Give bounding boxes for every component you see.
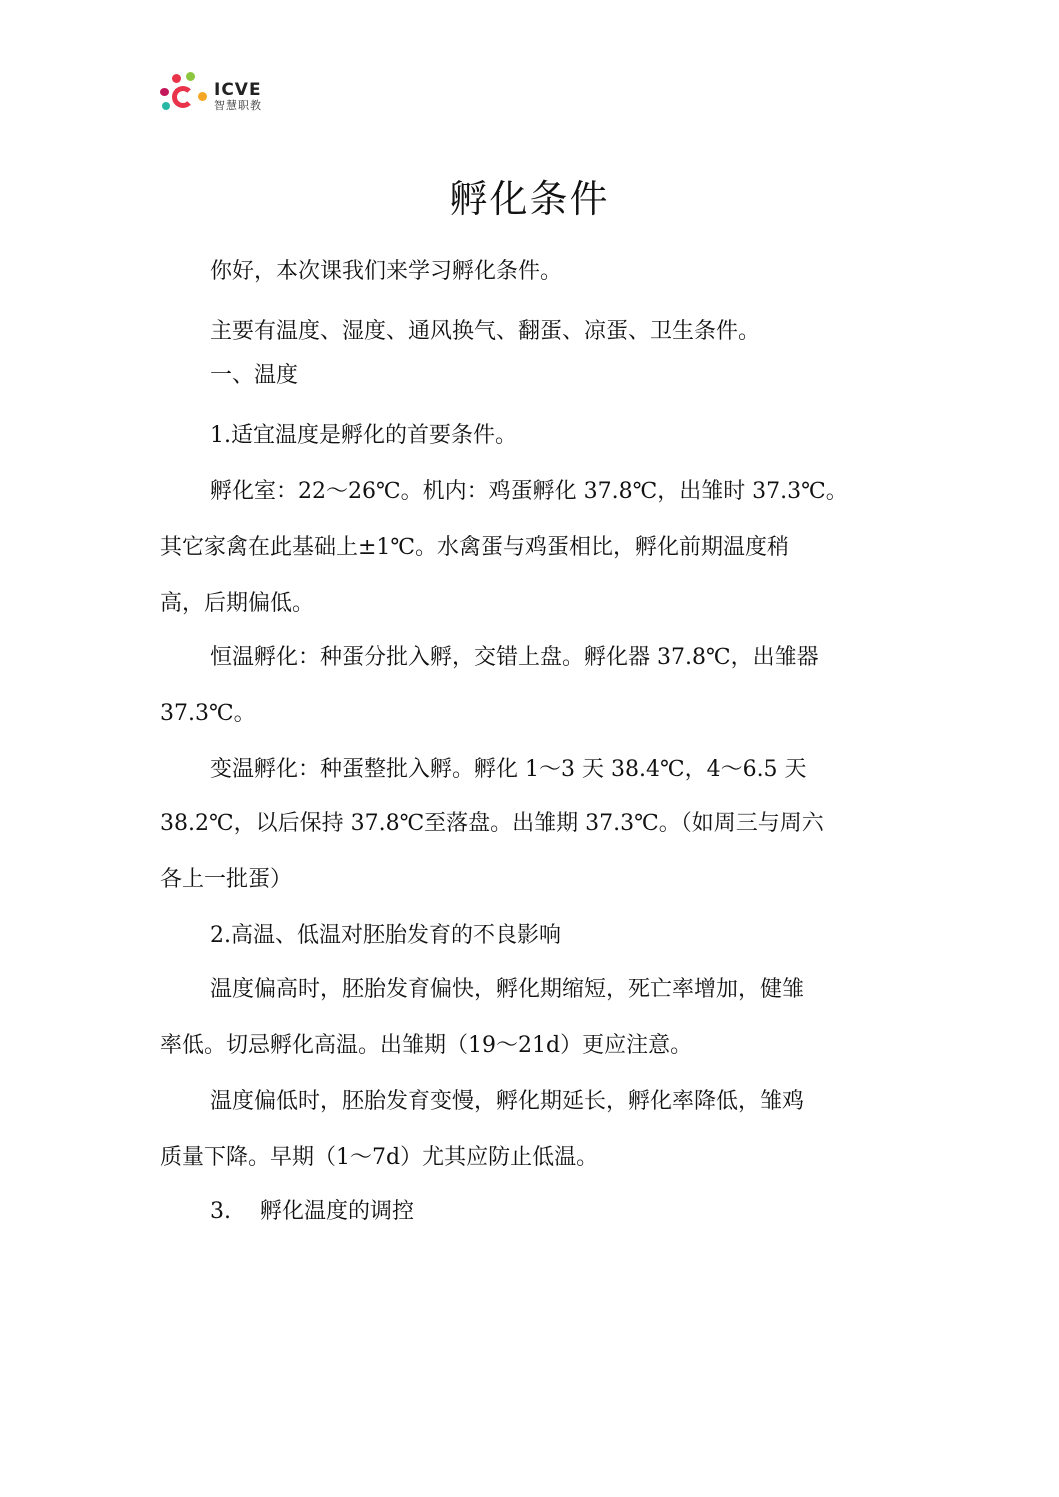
- paragraph-line: 其它家禽在此基础上±1℃。水禽蛋与鸡蛋相比，孵化前期温度稍: [160, 534, 789, 562]
- paragraph-line: 恒温孵化：种蛋分批入孵，交错上盘。孵化器 37.8℃，出雏器: [210, 644, 819, 672]
- paragraph-line: 高，后期偏低。: [160, 590, 314, 618]
- paragraph-line: 温度偏高时，胚胎发育偏快，孵化期缩短，死亡率增加，健雏: [210, 976, 804, 1004]
- paragraph-line: 37.3℃。: [160, 700, 256, 728]
- paragraph-line: 变温孵化：种蛋整批入孵。孵化 1～3 天 38.4℃，4～6.5 天: [210, 756, 807, 784]
- paragraph-line: 各上一批蛋）: [160, 866, 292, 894]
- paragraph-line: 率低。切忌孵化高温。出雏期（19～21d）更应注意。: [160, 1032, 692, 1060]
- paragraph-conditions: 主要有温度、湿度、通风换气、翻蛋、凉蛋、卫生条件。: [210, 318, 760, 346]
- logo-mark-icon: [158, 72, 208, 118]
- paragraph-line: 38.2℃，以后保持 37.8℃至落盘。出雏期 37.3℃。（如周三与周六: [160, 810, 824, 838]
- subheading-2: 2.高温、低温对胚胎发育的不良影响: [210, 922, 561, 950]
- paragraph-line: 孵化室：22～26℃。机内：鸡蛋孵化 37.8℃，出雏时 37.3℃。: [210, 478, 848, 506]
- paragraph-line: 质量下降。早期（1～7d）尤其应防止低温。: [160, 1144, 598, 1172]
- paragraph-intro: 你好，本次课我们来学习孵化条件。: [210, 258, 562, 286]
- paragraph-line: 温度偏低时，胚胎发育变慢，孵化期延长，孵化率降低，雏鸡: [210, 1088, 804, 1116]
- section-heading-temperature: 一、温度: [210, 362, 298, 390]
- logo-brand-cn: 智慧职教: [214, 99, 262, 112]
- subheading-1: 1.适宜温度是孵化的首要条件。: [210, 422, 517, 450]
- document-title: 孵化条件: [0, 168, 1059, 223]
- logo-brand-en: ICVE: [214, 82, 262, 99]
- icve-logo: ICVE 智慧职教: [158, 72, 278, 120]
- subheading-3: 3. 孵化温度的调控: [210, 1198, 414, 1226]
